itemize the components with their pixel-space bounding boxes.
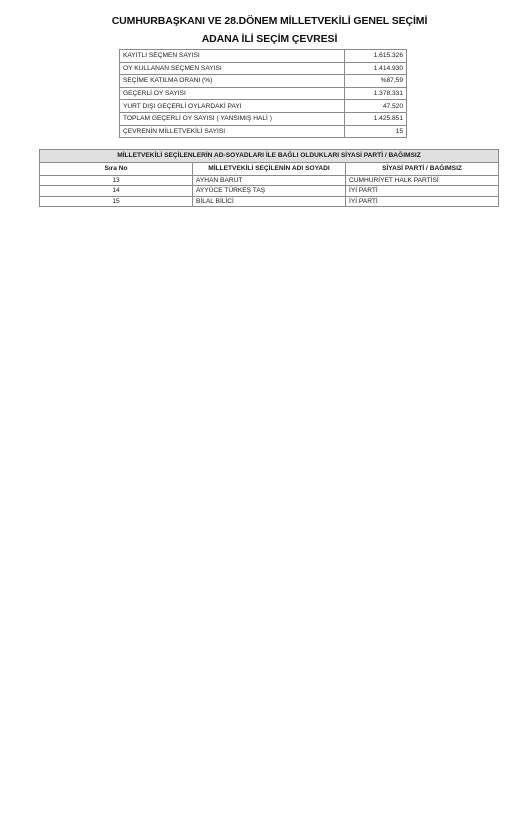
election-summary-table: KAYITLI SEÇMEN SAYISI 1.615.326 OY KULLA…	[119, 49, 407, 138]
member-no: 15	[40, 196, 193, 207]
summary-row-voters-cast: OY KULLANAN SEÇMEN SAYISI 1.414.930	[120, 62, 407, 75]
member-party: CUMHURİYET HALK PARTİSİ	[346, 175, 499, 186]
summary-label: ÇEVRENİN MİLLETVEKİLİ SAYISI	[120, 125, 345, 138]
summary-label: GEÇERLİ OY SAYISI	[120, 87, 345, 100]
summary-value: 1.425.851	[345, 112, 407, 125]
column-header-party: SİYASİ PARTİ / BAĞIMSIZ	[346, 162, 499, 175]
summary-row-total-valid-votes: TOPLAM GEÇERLİ OY SAYISI ( YANSIMIŞ HALİ…	[120, 112, 407, 125]
member-name: AYHAN BARUT	[193, 175, 346, 186]
table-row: 13 AYHAN BARUT CUMHURİYET HALK PARTİSİ	[40, 175, 499, 186]
summary-row-turnout: SEÇİME KATILMA ORANI (%) %87,59	[120, 75, 407, 88]
elected-members-table: MİLLETVEKİLİ SEÇİLENLERİN AD-SOYADLARI İ…	[39, 149, 499, 207]
summary-row-seat-count: ÇEVRENİN MİLLETVEKİLİ SAYISI 15	[120, 125, 407, 138]
member-party: İYİ PARTİ	[346, 196, 499, 207]
summary-value: %87,59	[345, 75, 407, 88]
summary-row-registered-voters: KAYITLI SEÇMEN SAYISI 1.615.326	[120, 50, 407, 63]
table-row: 15 BİLAL BİLİCİ İYİ PARTİ	[40, 196, 499, 207]
document-title: CUMHURBAŞKANI VE 28.DÖNEM MİLLETVEKİLİ G…	[0, 15, 531, 27]
member-name: BİLAL BİLİCİ	[193, 196, 346, 207]
summary-value: 1.378.331	[345, 87, 407, 100]
member-party: İYİ PARTİ	[346, 186, 499, 197]
summary-label: TOPLAM GEÇERLİ OY SAYISI ( YANSIMIŞ HALİ…	[120, 112, 345, 125]
summary-label: OY KULLANAN SEÇMEN SAYISI	[120, 62, 345, 75]
member-no: 14	[40, 186, 193, 197]
summary-label: YURT DIŞI GEÇERLİ OYLARDAKİ PAYI	[120, 100, 345, 113]
summary-value: 1.615.326	[345, 50, 407, 63]
column-header-no: Sıra No	[40, 162, 193, 175]
summary-row-abroad-share: YURT DIŞI GEÇERLİ OYLARDAKİ PAYI 47.520	[120, 100, 407, 113]
summary-value: 1.414.930	[345, 62, 407, 75]
member-name: AYYÜCE TÜRKEŞ TAŞ	[193, 186, 346, 197]
member-no: 13	[40, 175, 193, 186]
summary-label: KAYITLI SEÇMEN SAYISI	[120, 50, 345, 63]
table-row: 14 AYYÜCE TÜRKEŞ TAŞ İYİ PARTİ	[40, 186, 499, 197]
summary-row-valid-votes: GEÇERLİ OY SAYISI 1.378.331	[120, 87, 407, 100]
table-header-row: Sıra No MİLLETVEKİLİ SEÇİLENİN ADI SOYAD…	[40, 162, 499, 175]
summary-value: 15	[345, 125, 407, 138]
table-caption: MİLLETVEKİLİ SEÇİLENLERİN AD-SOYADLARI İ…	[40, 150, 499, 163]
document-subtitle: ADANA İLİ SEÇİM ÇEVRESİ	[0, 33, 531, 45]
table-caption-row: MİLLETVEKİLİ SEÇİLENLERİN AD-SOYADLARI İ…	[40, 150, 499, 163]
summary-label: SEÇİME KATILMA ORANI (%)	[120, 75, 345, 88]
summary-value: 47.520	[345, 100, 407, 113]
column-header-name: MİLLETVEKİLİ SEÇİLENİN ADI SOYADI	[193, 162, 346, 175]
